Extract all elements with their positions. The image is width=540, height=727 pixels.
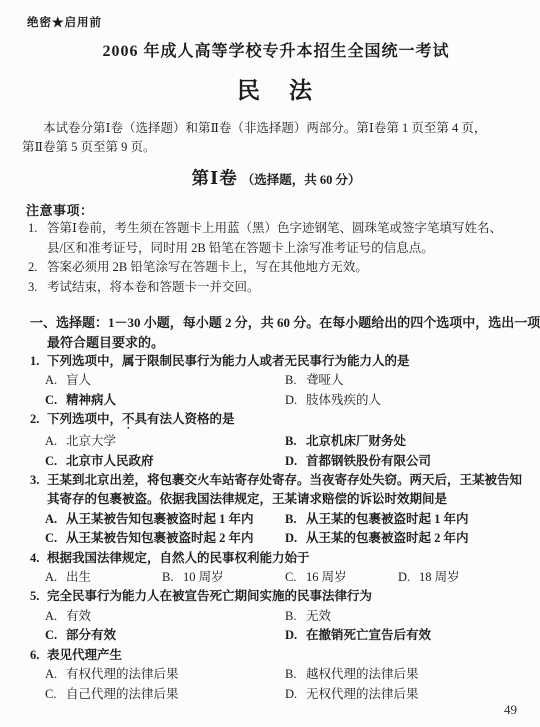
- option: B.10 周岁: [162, 568, 285, 587]
- question-number: 1.: [30, 352, 47, 371]
- option-text: 从王某的包裹被盗时起 1 年内: [306, 512, 469, 526]
- option-text: 聋哑人: [306, 373, 344, 387]
- note-line: 答第Ⅰ卷前，考生须在答题卡上用蓝（黑）色字迹钢笔、圆珠笔或签字笔填写姓名、: [47, 219, 502, 239]
- options-grid: A.有效 B.无效 C.部分有效 D.在撤销死亡宣告后有效: [30, 607, 526, 646]
- option: B.越权代理的法律后果: [285, 665, 526, 684]
- question-stem-row: 2. 下列选项中，不具有法人资格的是: [30, 410, 526, 432]
- option-label: A.: [45, 432, 66, 451]
- option-label: D.: [285, 391, 306, 410]
- option: B.从王某的包裹被盗时起 1 年内: [285, 510, 526, 529]
- option: D.在撤销死亡宣告后有效: [285, 626, 526, 645]
- options-grid: A.从王某被告知包裹被盗时起 1 年内 B.从王某的包裹被盗时起 1 年内 C.…: [30, 510, 526, 549]
- question-stem-row: 5. 完全民事行为能力人在被宣告死亡期间实施的民事法律行为: [30, 587, 526, 606]
- option-label: D.: [285, 529, 306, 548]
- note-text: 考试结束，将本卷和答题卡一并交回。: [47, 278, 260, 298]
- question-stem-row: 6. 表见代理产生: [30, 646, 526, 665]
- option-label: B.: [285, 371, 306, 390]
- part-heading-line: 最符合题目要求的。: [30, 333, 526, 353]
- option-label: C.: [45, 452, 66, 471]
- option: C.精神病人: [45, 391, 285, 410]
- option-text: 有权代理的法律后果: [66, 667, 179, 681]
- options-grid: A.北京大学 B.北京机床厂财务处 C.北京市人民政府 D.首都钢铁股份有限公司: [30, 432, 526, 471]
- stem-text: 下列选项中，: [47, 412, 122, 426]
- note-item: 2. 答案必须用 2B 铅笔涂写在答题卡上，写在其他地方无效。: [28, 258, 526, 278]
- intro-paragraph: 本试卷分第Ⅰ卷（选择题）和第Ⅱ卷（非选择题）两部分。第Ⅰ卷第 1 页至第 4 页…: [22, 119, 526, 157]
- option-label: A.: [45, 607, 66, 626]
- question: 6. 表见代理产生 A.有权代理的法律后果 B.越权代理的法律后果 C.自己代理…: [30, 646, 526, 704]
- option-text: 越权代理的法律后果: [306, 667, 419, 681]
- option-text: 从王某被告知包裹被盗时起 1 年内: [66, 512, 254, 526]
- option: D.从王某的包裹被盗时起 2 年内: [285, 529, 526, 548]
- note-item: 3. 考试结束，将本卷和答题卡一并交回。: [28, 278, 526, 298]
- section-title: 第Ⅰ卷: [192, 168, 238, 188]
- option-text: 北京市人民政府: [66, 454, 154, 468]
- option-text: 从王某的包裹被盗时起 2 年内: [306, 531, 469, 545]
- note-line: 考试结束，将本卷和答题卡一并交回。: [47, 278, 260, 298]
- part-heading: 一、选择题：1－30 小题，每小题 2 分，共 60 分。在每小题给出的四个选项…: [30, 313, 526, 352]
- option-label: A.: [45, 510, 66, 529]
- note-line: 答案必须用 2B 铅笔涂写在答题卡上，写在其他地方无效。: [47, 258, 368, 278]
- option-text: 无效: [306, 609, 331, 623]
- stem-line: 王某到北京出差，将包裹交火车站寄存处寄存。当夜寄存处失窃。两天后，王某被告知: [47, 471, 522, 490]
- option: A.出生: [45, 568, 162, 587]
- option: C.自己代理的法律后果: [45, 685, 285, 704]
- option-label: B.: [285, 432, 306, 451]
- option: C.北京市人民政府: [45, 452, 285, 471]
- option: D.无权代理的法律后果: [285, 685, 526, 704]
- section-subtitle: （选择题，共 60 分）: [242, 173, 361, 187]
- option: B.北京机床厂财务处: [285, 432, 526, 451]
- note-text: 答案必须用 2B 铅笔涂写在答题卡上，写在其他地方无效。: [47, 258, 368, 278]
- option-text: 北京机床厂财务处: [306, 434, 406, 448]
- option: D.18 周岁: [398, 568, 526, 587]
- option: C.16 周岁: [285, 568, 398, 587]
- option-label: D.: [285, 452, 306, 471]
- option-text: 从王某被告知包裹被盗时起 2 年内: [66, 531, 254, 545]
- option-label: C.: [285, 568, 306, 587]
- question-stem: 根据我国法律规定，自然人的民事权利能力始于: [47, 549, 310, 568]
- part-heading-line: 一、选择题：1－30 小题，每小题 2 分，共 60 分。在每小题给出的四个选项…: [30, 313, 526, 333]
- option: D.肢体残疾的人: [285, 391, 526, 410]
- option-label: D.: [285, 685, 306, 704]
- notes-heading: 注意事项：: [26, 202, 526, 219]
- option: D.首都钢铁股份有限公司: [285, 452, 526, 471]
- exam-title: 2006 年成人高等学校专升本招生全国统一考试: [26, 41, 526, 63]
- option: A.有权代理的法律后果: [45, 665, 285, 684]
- stem-text: 具有法人资格的是: [135, 412, 235, 426]
- option-text: 无权代理的法律后果: [306, 687, 419, 701]
- question-stem: 表见代理产生: [47, 646, 122, 665]
- question-list: 1. 下列选项中，属于限制民事行为能力人或者无民事行为能力人的是 A.盲人 B.…: [30, 352, 526, 704]
- option-text: 10 周岁: [183, 570, 224, 584]
- question-number: 3.: [30, 471, 47, 510]
- option-text: 北京大学: [66, 434, 116, 448]
- note-number: 1.: [28, 219, 47, 258]
- options-grid: A.有权代理的法律后果 B.越权代理的法律后果 C.自己代理的法律后果 D.无权…: [30, 665, 526, 704]
- page-number: 49: [504, 702, 517, 718]
- note-number: 2.: [28, 258, 47, 278]
- option: C.从王某被告知包裹被盗时起 2 年内: [45, 529, 285, 548]
- question-stem: 完全民事行为能力人在被宣告死亡期间实施的民事法律行为: [47, 587, 372, 606]
- question: 3. 王某到北京出差，将包裹交火车站寄存处寄存。当夜寄存处失窃。两天后，王某被告…: [30, 471, 526, 549]
- notes-list: 1. 答第Ⅰ卷前，考生须在答题卡上用蓝（黑）色字迹钢笔、圆珠笔或签字笔填写姓名、…: [28, 219, 526, 297]
- option-label: B.: [285, 607, 306, 626]
- question-number: 2.: [30, 410, 47, 432]
- section-heading: 第Ⅰ卷 （选择题，共 60 分）: [26, 165, 526, 191]
- option-text: 有效: [66, 609, 91, 623]
- question-number: 6.: [30, 646, 47, 665]
- option-label: C.: [45, 391, 66, 410]
- option-label: C.: [45, 685, 66, 704]
- option-label: A.: [45, 371, 66, 390]
- option-label: A.: [45, 665, 66, 684]
- option: A.从王某被告知包裹被盗时起 1 年内: [45, 510, 285, 529]
- intro-line: 本试卷分第Ⅰ卷（选择题）和第Ⅱ卷（非选择题）两部分。第Ⅰ卷第 1 页至第 4 页…: [22, 119, 526, 138]
- option-text: 首都钢铁股份有限公司: [306, 454, 431, 468]
- question: 1. 下列选项中，属于限制民事行为能力人或者无民事行为能力人的是 A.盲人 B.…: [30, 352, 526, 410]
- option: B.无效: [285, 607, 526, 626]
- options-grid: A.盲人 B.聋哑人 C.精神病人 D.肢体残疾的人: [30, 371, 526, 410]
- option-text: 自己代理的法律后果: [66, 687, 179, 701]
- option: A.北京大学: [45, 432, 285, 451]
- note-item: 1. 答第Ⅰ卷前，考生须在答题卡上用蓝（黑）色字迹钢笔、圆珠笔或签字笔填写姓名、…: [28, 219, 526, 258]
- option: C.部分有效: [45, 626, 285, 645]
- option-text: 在撤销死亡宣告后有效: [306, 628, 431, 642]
- classification-label: 绝密★启用前: [27, 16, 526, 31]
- note-line: 县/区和准考证号，同时用 2B 铅笔在答题卡上涂写准考证号的信息点。: [47, 239, 502, 259]
- options-grid: A.出生 B.10 周岁 C.16 周岁 D.18 周岁: [30, 568, 526, 587]
- option-label: A.: [45, 568, 66, 587]
- document-page: 绝密★启用前 2006 年成人高等学校专升本招生全国统一考试 民 法 本试卷分第…: [0, 0, 540, 727]
- option-label: C.: [45, 626, 66, 645]
- option-text: 精神病人: [66, 393, 116, 407]
- option-label: B.: [162, 568, 183, 587]
- option-label: D.: [285, 626, 306, 645]
- option-label: B.: [285, 665, 306, 684]
- note-number: 3.: [28, 278, 47, 298]
- option-label: C.: [45, 529, 66, 548]
- question-number: 5.: [30, 587, 47, 606]
- question-stem-row: 1. 下列选项中，属于限制民事行为能力人或者无民事行为能力人的是: [30, 352, 526, 371]
- question-stem-row: 4. 根据我国法律规定，自然人的民事权利能力始于: [30, 549, 526, 568]
- question: 4. 根据我国法律规定，自然人的民事权利能力始于 A.出生 B.10 周岁 C.…: [30, 549, 526, 588]
- option-text: 盲人: [66, 373, 91, 387]
- option-text: 部分有效: [66, 628, 116, 642]
- option-label: D.: [398, 568, 419, 587]
- option: A.盲人: [45, 371, 285, 390]
- intro-line: 第Ⅱ卷第 5 页至第 9 页。: [22, 138, 526, 157]
- option-text: 16 周岁: [306, 570, 347, 584]
- option: A.有效: [45, 607, 285, 626]
- option: B.聋哑人: [285, 371, 526, 390]
- subject-title: 民 法: [26, 75, 526, 106]
- question-number: 4.: [30, 549, 47, 568]
- question-stem: 下列选项中，属于限制民事行为能力人或者无民事行为能力人的是: [47, 352, 410, 371]
- question: 5. 完全民事行为能力人在被宣告死亡期间实施的民事法律行为 A.有效 B.无效 …: [30, 587, 526, 645]
- option-text: 肢体残疾的人: [306, 393, 381, 407]
- note-text: 答第Ⅰ卷前，考生须在答题卡上用蓝（黑）色字迹钢笔、圆珠笔或签字笔填写姓名、 县/…: [47, 219, 502, 258]
- question-stem-row: 3. 王某到北京出差，将包裹交火车站寄存处寄存。当夜寄存处失窃。两天后，王某被告…: [30, 471, 526, 510]
- question-stem: 下列选项中，不具有法人资格的是: [47, 410, 235, 432]
- option-text: 18 周岁: [419, 570, 460, 584]
- stem-emphasized-text: 不: [122, 412, 135, 426]
- option-label: B.: [285, 510, 306, 529]
- option-text: 出生: [66, 570, 91, 584]
- stem-line: 其寄存的包裹被盗。依据我国法律规定，王某请求赔偿的诉讼时效期间是: [47, 490, 522, 509]
- question-stem: 王某到北京出差，将包裹交火车站寄存处寄存。当夜寄存处失窃。两天后，王某被告知 其…: [47, 471, 522, 510]
- question: 2. 下列选项中，不具有法人资格的是 A.北京大学 B.北京机床厂财务处 C.北…: [30, 410, 526, 471]
